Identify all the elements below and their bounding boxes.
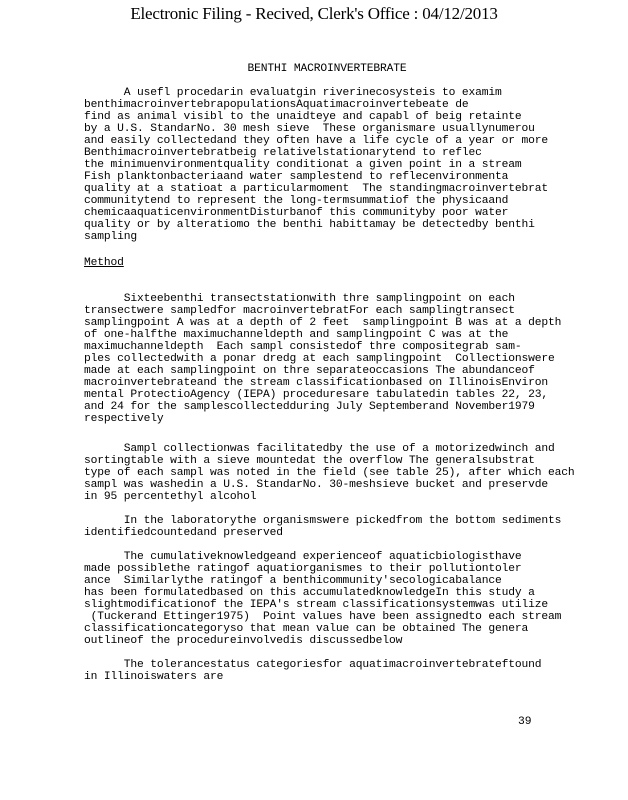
- text-line: Benthimacroinvertebratbeig relativelstat…: [84, 147, 482, 159]
- text-line: maximuchanneldepth Each sampl consistedo…: [84, 341, 522, 353]
- text-line: Sixteebenthi transectstationwith thre sa…: [84, 293, 515, 305]
- text-line: The tolerancestatus categoriesfor aquati…: [84, 659, 541, 671]
- text-line: in 95 percentethyl alcohol: [84, 491, 256, 503]
- text-line: communitytend to represent the long-term…: [84, 195, 508, 207]
- document-title: BENTHI MACROINVERTEBRATE: [84, 63, 564, 75]
- text-line: Fish planktonbacteriaand water sampleste…: [84, 171, 508, 183]
- text-line: macroinvertebrateand the stream classifi…: [84, 377, 548, 389]
- text-line: transectwere sampledfor macroinvertebrat…: [84, 305, 515, 317]
- text-line: respectively: [84, 413, 164, 425]
- text-line: of one-halfthe maximuchanneldepth and sa…: [84, 329, 508, 341]
- text-line: identifiedcountedand preserved: [84, 527, 283, 539]
- text-line: classificationcategoryso that mean value…: [84, 623, 528, 635]
- text-line: slightmodificationof the IEPA's stream c…: [84, 599, 548, 611]
- text-line: in Illinoiswaters are: [84, 671, 223, 683]
- text-line: chemicaaquaticenvironmentDisturbanof thi…: [84, 207, 508, 219]
- text-line: has been formulatedbased on this accumul…: [84, 587, 535, 599]
- text-line: outlineof the procedureinvolvedis discus…: [84, 635, 402, 647]
- text-line: mental ProtectioAgency (IEPA) procedures…: [84, 389, 548, 401]
- text-line: find as animal visibl to the unaidteye a…: [84, 111, 522, 123]
- text-line: A usefl procedarin evaluatgin riverineco…: [84, 87, 502, 99]
- text-line: ance Similarlythe ratingof a benthicommu…: [84, 575, 502, 587]
- text-line: by a U.S. StandarNo. 30 mesh sieve These…: [84, 123, 535, 135]
- text-line: (Tuckerand Ettinger1975) Point values ha…: [84, 611, 561, 623]
- text-line: Sampl collectionwas facilitatedby the us…: [84, 443, 555, 455]
- text-line: benthimacroinvertebrapopulationsAquatima…: [84, 99, 469, 111]
- text-line: and 24 for the samplescollectedduring Ju…: [84, 401, 535, 413]
- document-page: BENTHI MACROINVERTEBRATE A usefl proceda…: [84, 63, 564, 123]
- text-line: quality or by alteratiomo the benthi hab…: [84, 219, 535, 231]
- text-line: In the laboratorythe organismswere picke…: [84, 515, 561, 527]
- text-line: ples collectedwith a ponar dredg at each…: [84, 353, 555, 365]
- text-line: sampl was washedin a U.S. StandarNo. 30-…: [84, 479, 548, 491]
- text-line: The cumulativeknowledgeand experienceof …: [84, 551, 522, 563]
- text-line: samplingpoint A was at a depth of 2 feet…: [84, 317, 561, 329]
- text-line: sampling: [84, 231, 137, 243]
- text-line: and easily collectedand they often have …: [84, 135, 548, 147]
- text-line: type of each sampl was noted in the fiel…: [84, 467, 575, 479]
- text-line: the minimuenvironmentquality conditionat…: [84, 159, 522, 171]
- filing-header: Electronic Filing - Recived, Clerk's Off…: [0, 4, 628, 24]
- text-line: sortingtable with a sieve mountedat the …: [84, 455, 535, 467]
- section-heading-method: Method: [84, 257, 124, 269]
- text-line: made at each samplingpoint on thre separ…: [84, 365, 535, 377]
- page-number: 39: [518, 716, 532, 728]
- text-line: made possiblethe ratingof aquatiorganism…: [84, 563, 522, 575]
- text-line: quality at a statioat a particularmoment…: [84, 183, 548, 195]
